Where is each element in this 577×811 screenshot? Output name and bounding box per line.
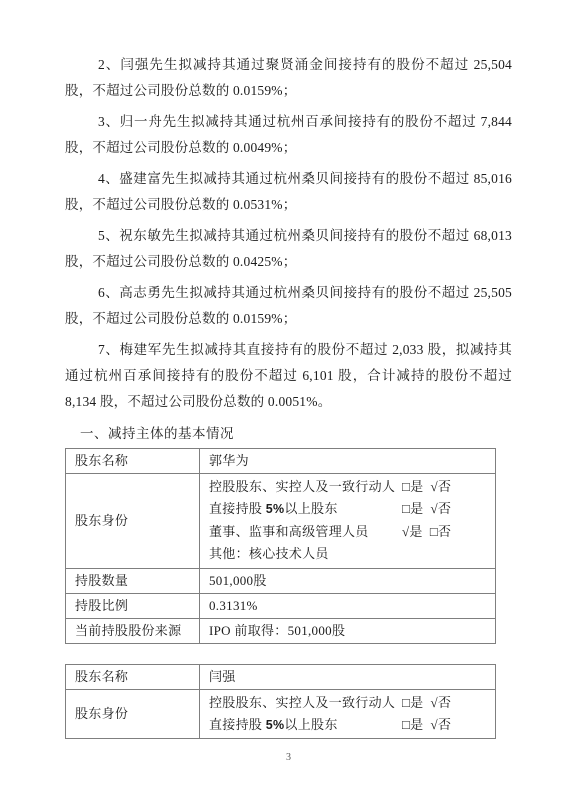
table-row: 持股比例 0.3131% xyxy=(66,593,496,618)
identity-option-text: 控股股东、实控人及一致行动人 xyxy=(209,695,395,710)
identity-option-label: 直接持股 5%以上股东 xyxy=(209,714,402,736)
option-checkboxes: □是 √否 xyxy=(402,714,451,736)
section-heading: 一、减持主体的基本情况 xyxy=(65,424,512,444)
shareholder-identity-label: 股东身份 xyxy=(66,689,200,739)
identity-option-row: 董事、监事和高级管理人员 √是 □否 xyxy=(209,521,486,543)
identity-option-label: 控股股东、实控人及一致行动人 xyxy=(209,476,402,498)
shareholder-table-1: 股东名称 郭华为 股东身份 控股股东、实控人及一致行动人 □是 √否 直接持股 … xyxy=(65,448,496,644)
document-page: 2、闫强先生拟减持其通过聚贤涌金间接持有的股份不超过 25,504 股，不超过公… xyxy=(0,0,577,765)
table-row: 持股数量 501,000股 xyxy=(66,568,496,593)
holding-quantity-value: 501,000股 xyxy=(200,568,496,593)
shareholder-identity-label: 股东身份 xyxy=(66,474,200,569)
option-checkboxes: √是 □否 xyxy=(402,521,451,543)
identity-option-row: 直接持股 5%以上股东 □是 √否 xyxy=(209,714,486,736)
identity-option-row: 控股股东、实控人及一致行动人 □是 √否 xyxy=(209,476,486,498)
identity-option-label: 其他：核心技术人员 xyxy=(209,543,402,565)
identity-option-text: 董事、监事和高级管理人员 xyxy=(209,524,369,539)
body-paragraph: 4、盛建富先生拟减持其通过杭州桑贝间接持有的股份不超过 85,016 股，不超过… xyxy=(65,166,512,218)
shareholder-name-label: 股东名称 xyxy=(66,449,200,474)
shareholder-name-value: 郭华为 xyxy=(200,449,496,474)
identity-option-text: 以上股东 xyxy=(284,501,337,516)
share-source-label: 当前持股股份来源 xyxy=(66,618,200,643)
page-number: 3 xyxy=(65,751,512,765)
identity-option-text: 其他：核心技术人员 xyxy=(209,546,329,561)
shareholder-table-2: 股东名称 闫强 股东身份 控股股东、实控人及一致行动人 □是 √否 直接持股 5… xyxy=(65,664,496,740)
identity-option-text: 控股股东、实控人及一致行动人 xyxy=(209,479,395,494)
shareholder-identity-cell: 控股股东、实控人及一致行动人 □是 √否 直接持股 5%以上股东 □是 √否 xyxy=(200,689,496,739)
shareholder-name-label: 股东名称 xyxy=(66,664,200,689)
table-row: 股东名称 闫强 xyxy=(66,664,496,689)
option-checkboxes: □是 √否 xyxy=(402,498,451,520)
body-paragraph: 7、梅建军先生拟减持其直接持有的股份不超过 2,033 股，拟减持其通过杭州百承… xyxy=(65,337,512,415)
option-checkboxes: □是 √否 xyxy=(402,692,451,714)
option-checkboxes: □是 √否 xyxy=(402,476,451,498)
shareholder-name-value: 闫强 xyxy=(200,664,496,689)
identity-option-row: 直接持股 5%以上股东 □是 √否 xyxy=(209,498,486,520)
identity-option-text: 直接持股 xyxy=(209,501,266,516)
body-paragraph: 5、祝东敏先生拟减持其通过杭州桑贝间接持有的股份不超过 68,013 股，不超过… xyxy=(65,223,512,275)
identity-option-row: 控股股东、实控人及一致行动人 □是 √否 xyxy=(209,692,486,714)
body-paragraph: 2、闫强先生拟减持其通过聚贤涌金间接持有的股份不超过 25,504 股，不超过公… xyxy=(65,52,512,104)
paragraphs-block: 2、闫强先生拟减持其通过聚贤涌金间接持有的股份不超过 25,504 股，不超过公… xyxy=(65,52,512,415)
holding-ratio-value: 0.3131% xyxy=(200,593,496,618)
identity-option-text-bold: 5% xyxy=(266,502,285,516)
table-row: 股东名称 郭华为 xyxy=(66,449,496,474)
body-paragraph: 3、归一舟先生拟减持其通过杭州百承间接持有的股份不超过 7,844 股，不超过公… xyxy=(65,109,512,161)
table-row: 股东身份 控股股东、实控人及一致行动人 □是 √否 直接持股 5%以上股东 □是… xyxy=(66,689,496,739)
identity-option-text: 直接持股 xyxy=(209,717,266,732)
body-paragraph: 6、高志勇先生拟减持其通过杭州桑贝间接持有的股份不超过 25,505 股，不超过… xyxy=(65,280,512,332)
table-row: 股东身份 控股股东、实控人及一致行动人 □是 √否 直接持股 5%以上股东 □是… xyxy=(66,474,496,569)
identity-option-text: 以上股东 xyxy=(284,717,337,732)
identity-option-text-bold: 5% xyxy=(266,718,285,732)
table-row: 当前持股股份来源 IPO 前取得：501,000股 xyxy=(66,618,496,643)
identity-option-label: 直接持股 5%以上股东 xyxy=(209,498,402,520)
shareholder-identity-cell: 控股股东、实控人及一致行动人 □是 √否 直接持股 5%以上股东 □是 √否 董… xyxy=(200,474,496,569)
identity-option-label: 控股股东、实控人及一致行动人 xyxy=(209,692,402,714)
identity-option-label: 董事、监事和高级管理人员 xyxy=(209,521,402,543)
share-source-value: IPO 前取得：501,000股 xyxy=(200,618,496,643)
holding-ratio-label: 持股比例 xyxy=(66,593,200,618)
identity-option-row: 其他：核心技术人员 xyxy=(209,543,486,565)
holding-quantity-label: 持股数量 xyxy=(66,568,200,593)
